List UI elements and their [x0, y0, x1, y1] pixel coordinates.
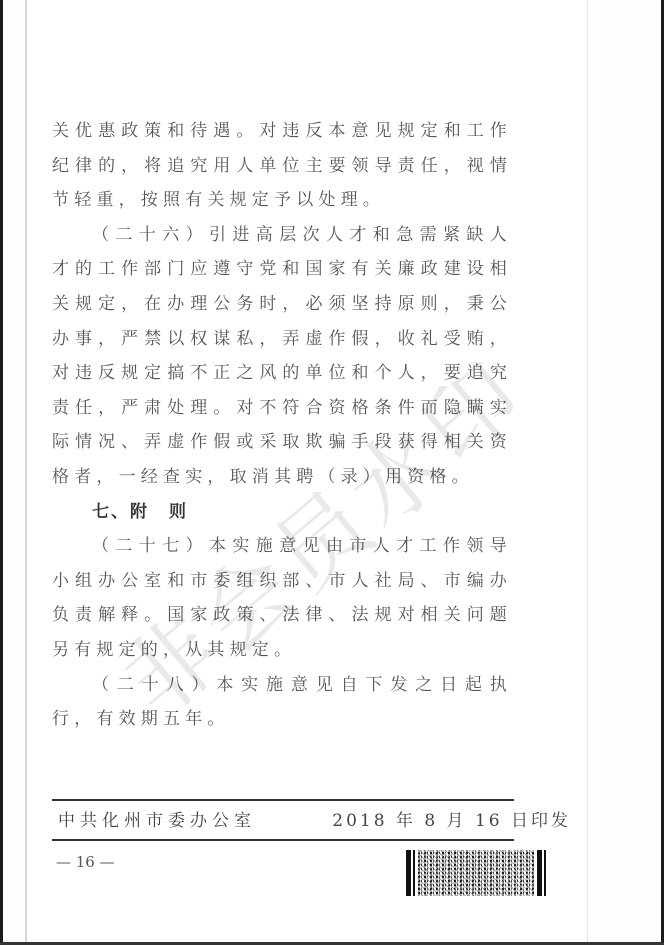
document-viewer: 关优惠政策和待遇。对违反本意见规定和工作纪律的，将追究用人单位主要领导责任，视情… — [0, 0, 664, 945]
scan-edge-left — [0, 0, 3, 945]
section-number: 七、 — [92, 502, 130, 522]
paragraph-continuation: 关优惠政策和待遇。对违反本意见规定和工作纪律的，将追究用人单位主要领导责任，视情… — [52, 114, 512, 218]
footer-print-date: 2018 年 8 月 16 日印发 — [332, 806, 571, 831]
pdf417-barcode-icon — [406, 850, 546, 896]
paragraph-clause-27: （二十七）本实施意见由市人才工作领导小组办公室和市委组织部、市人社局、市编办负责… — [52, 529, 512, 667]
document-body: 关优惠政策和待遇。对违反本意见规定和工作纪律的，将追究用人单位主要领导责任，视情… — [52, 114, 512, 737]
page-number: — 16 — — [56, 853, 115, 871]
footer-issuer: 中共化州市委办公室 — [58, 806, 256, 831]
section-title-part2: 则 — [169, 502, 188, 522]
section-title-part1: 附 — [130, 502, 149, 522]
footer-rule-top — [52, 799, 514, 801]
footer-rule-bottom — [52, 839, 514, 841]
paragraph-clause-26: （二十六）引进高层次人才和急需紧缺人才的工作部门应遵守党和国家有关廉政建设相关规… — [52, 218, 512, 495]
paragraph-clause-28: （二十八）本实施意见自下发之日起执行，有效期五年。 — [52, 668, 512, 737]
section-heading-supplementary-provisions: 七、附则 — [52, 495, 512, 530]
